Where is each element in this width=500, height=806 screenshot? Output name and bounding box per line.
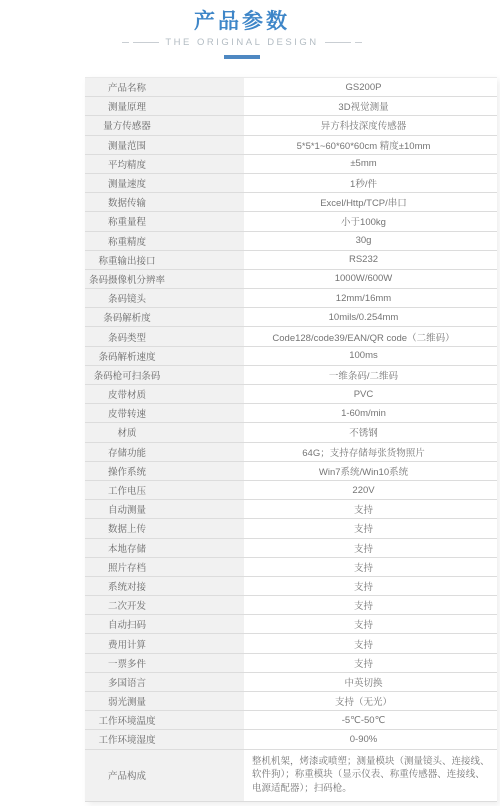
spec-label: 条码摄像机分辨率 <box>85 272 169 286</box>
spec-value: 支持（无光） <box>244 692 497 710</box>
spec-label-cell: 量方传感器 <box>85 116 244 134</box>
spec-label-cell: 皮带材质 <box>85 385 244 403</box>
spec-value: 支持 <box>244 596 497 614</box>
spec-label-cell: 自动测量 <box>85 500 244 518</box>
spec-label: 一票多件 <box>85 656 169 670</box>
spec-value: 支持 <box>244 634 497 652</box>
spec-label-cell: 工作电压 <box>85 481 244 499</box>
spec-label: 操作系统 <box>85 464 169 478</box>
spec-label-cell: 弱光测量 <box>85 692 244 710</box>
subtitle-right-line <box>325 42 351 43</box>
spec-value: Code128/code39/EAN/QR code（二维码） <box>244 327 497 345</box>
product-spec-page: 产品参数 THE ORIGINAL DESIGN 产品名称GS200P测量原理3… <box>0 0 500 806</box>
spec-label: 条码镜头 <box>85 291 169 305</box>
table-row: 条码枪可扫条码一维条码/二维码 <box>85 366 497 385</box>
table-row: 照片存档支持 <box>85 558 497 577</box>
spec-label: 测量原理 <box>85 99 169 113</box>
spec-value: 10mils/0.254mm <box>244 308 497 326</box>
spec-label: 系统对接 <box>85 579 169 593</box>
spec-label-cell: 产品构成 <box>85 750 244 802</box>
spec-label-cell: 皮带转速 <box>85 404 244 422</box>
spec-label-cell: 称重输出接口 <box>85 251 244 269</box>
spec-label-cell: 条码镜头 <box>85 289 244 307</box>
table-row: 条码解析度10mils/0.254mm <box>85 308 497 327</box>
spec-label: 本地存储 <box>85 541 169 555</box>
accent-bar <box>224 55 260 59</box>
spec-label-cell: 条码类型 <box>85 327 244 345</box>
spec-label-cell: 数据上传 <box>85 519 244 537</box>
table-row: 平均精度±5mm <box>85 155 497 174</box>
spec-label: 工作电压 <box>85 483 169 497</box>
table-row: 称重精度30g <box>85 232 497 251</box>
spec-label-cell: 称重量程 <box>85 212 244 230</box>
table-row: 自动测量支持 <box>85 500 497 519</box>
spec-label: 条码枪可扫条码 <box>85 368 169 382</box>
spec-label: 产品名称 <box>85 80 169 94</box>
spec-label: 称重输出接口 <box>85 253 169 267</box>
table-row: 费用计算支持 <box>85 634 497 653</box>
spec-value: 支持 <box>244 539 497 557</box>
spec-value: -5℃-50℃ <box>244 711 497 729</box>
spec-label: 测量速度 <box>85 176 169 190</box>
spec-label-cell: 平均精度 <box>85 155 244 173</box>
spec-label: 条码类型 <box>85 330 169 344</box>
spec-label: 产品构成 <box>85 768 169 782</box>
table-row: 一票多件支持 <box>85 654 497 673</box>
spec-value: GS200P <box>244 78 497 96</box>
table-row: 称重量程小于100kg <box>85 212 497 231</box>
spec-label-cell: 系统对接 <box>85 577 244 595</box>
spec-value: 支持 <box>244 654 497 672</box>
table-row: 弱光测量支持（无光） <box>85 692 497 711</box>
spec-label-cell: 条码解析度 <box>85 308 244 326</box>
spec-label: 材质 <box>85 425 169 439</box>
spec-label-cell: 测量范围 <box>85 136 244 154</box>
table-row: 条码摄像机分辨率1000W/600W <box>85 270 497 289</box>
subtitle-left-line <box>133 42 159 43</box>
table-row: 数据传输Excel/Http/TCP/串口 <box>85 193 497 212</box>
spec-value: 异方科技深度传感器 <box>244 116 497 134</box>
spec-label: 皮带材质 <box>85 387 169 401</box>
spec-label-cell: 自动扫码 <box>85 615 244 633</box>
table-row: 多国语言中英切换 <box>85 673 497 692</box>
spec-label: 自动测量 <box>85 502 169 516</box>
spec-value: RS232 <box>244 251 497 269</box>
subtitle-row: THE ORIGINAL DESIGN <box>0 37 484 48</box>
table-row: 测量原理3D视觉测量 <box>85 97 497 116</box>
table-row: 工作环境湿度0-90% <box>85 730 497 749</box>
spec-value: 64G；支持存储每张货物照片 <box>244 443 497 461</box>
table-row: 系统对接支持 <box>85 577 497 596</box>
spec-value: Win7系统/Win10系统 <box>244 462 497 480</box>
table-row: 工作电压220V <box>85 481 497 500</box>
table-row: 工作环境温度-5℃-50℃ <box>85 711 497 730</box>
spec-label-cell: 存储功能 <box>85 443 244 461</box>
spec-label: 称重量程 <box>85 214 169 228</box>
table-row: 量方传感器异方科技深度传感器 <box>85 116 497 135</box>
page-header: 产品参数 THE ORIGINAL DESIGN <box>0 9 484 59</box>
spec-value: 支持 <box>244 519 497 537</box>
spec-label: 工作环境湿度 <box>85 732 169 746</box>
spec-value: 支持 <box>244 577 497 595</box>
table-row: 产品名称GS200P <box>85 78 497 97</box>
spec-label-cell: 条码摄像机分辨率 <box>85 270 244 288</box>
spec-label-cell: 多国语言 <box>85 673 244 691</box>
spec-value: 支持 <box>244 558 497 576</box>
spec-value: 30g <box>244 232 497 250</box>
spec-label-cell: 条码解析速度 <box>85 347 244 365</box>
spec-value: 100ms <box>244 347 497 365</box>
table-row: 本地存储支持 <box>85 539 497 558</box>
spec-value: 0-90% <box>244 730 497 748</box>
spec-label: 量方传感器 <box>85 118 169 132</box>
table-row: 产品构成整机机架，烤漆或喷塑；测量模块（测量镜头、连接线、软件狗）；称重模块（显… <box>85 750 497 803</box>
spec-label: 条码解析度 <box>85 310 169 324</box>
spec-label-cell: 二次开发 <box>85 596 244 614</box>
table-row: 条码解析速度100ms <box>85 347 497 366</box>
spec-label-cell: 工作环境湿度 <box>85 730 244 748</box>
table-row: 称重输出接口RS232 <box>85 251 497 270</box>
spec-label: 自动扫码 <box>85 617 169 631</box>
table-row: 二次开发支持 <box>85 596 497 615</box>
spec-value: 1秒/件 <box>244 174 497 192</box>
spec-label: 弱光测量 <box>85 694 169 708</box>
spec-value: 5*5*1~60*60*60cm 精度±10mm <box>244 136 497 154</box>
spec-label-cell: 称重精度 <box>85 232 244 250</box>
subtitle-right-dash <box>355 42 362 43</box>
spec-label-cell: 条码枪可扫条码 <box>85 366 244 384</box>
spec-value: 220V <box>244 481 497 499</box>
table-row: 材质不锈钢 <box>85 423 497 442</box>
table-row: 测量速度1秒/件 <box>85 174 497 193</box>
spec-value: 整机机架，烤漆或喷塑；测量模块（测量镜头、连接线、软件狗）；称重模块（显示仪表、… <box>244 750 497 802</box>
table-row: 条码类型Code128/code39/EAN/QR code（二维码） <box>85 327 497 346</box>
spec-value: 小于100kg <box>244 212 497 230</box>
spec-label-cell: 照片存档 <box>85 558 244 576</box>
spec-label: 费用计算 <box>85 637 169 651</box>
spec-value: 中英切换 <box>244 673 497 691</box>
table-row: 皮带转速1-60m/min <box>85 404 497 423</box>
page-title: 产品参数 <box>0 9 484 35</box>
page-subtitle: THE ORIGINAL DESIGN <box>165 37 318 48</box>
spec-label: 称重精度 <box>85 234 169 248</box>
spec-label-cell: 测量原理 <box>85 97 244 115</box>
spec-value: 支持 <box>244 500 497 518</box>
spec-label: 数据传输 <box>85 195 169 209</box>
spec-label: 工作环境温度 <box>85 713 169 727</box>
spec-label-cell: 产品名称 <box>85 78 244 96</box>
spec-label: 存储功能 <box>85 445 169 459</box>
table-row: 条码镜头12mm/16mm <box>85 289 497 308</box>
spec-label-cell: 材质 <box>85 423 244 441</box>
spec-label-cell: 本地存储 <box>85 539 244 557</box>
spec-value: ±5mm <box>244 155 497 173</box>
spec-value: 12mm/16mm <box>244 289 497 307</box>
table-row: 存储功能64G；支持存储每张货物照片 <box>85 443 497 462</box>
table-row: 皮带材质PVC <box>85 385 497 404</box>
spec-value: PVC <box>244 385 497 403</box>
spec-value: 支持 <box>244 615 497 633</box>
spec-value: 1-60m/min <box>244 404 497 422</box>
table-row: 测量范围5*5*1~60*60*60cm 精度±10mm <box>85 136 497 155</box>
spec-label: 二次开发 <box>85 598 169 612</box>
spec-value: Excel/Http/TCP/串口 <box>244 193 497 211</box>
spec-label: 平均精度 <box>85 157 169 171</box>
spec-label: 多国语言 <box>85 675 169 689</box>
spec-label-cell: 数据传输 <box>85 193 244 211</box>
spec-label-cell: 费用计算 <box>85 634 244 652</box>
spec-label: 条码解析速度 <box>85 349 169 363</box>
spec-label: 数据上传 <box>85 521 169 535</box>
spec-label: 照片存档 <box>85 560 169 574</box>
spec-value: 1000W/600W <box>244 270 497 288</box>
spec-label: 皮带转速 <box>85 406 169 420</box>
spec-table: 产品名称GS200P测量原理3D视觉测量量方传感器异方科技深度传感器测量范围5*… <box>85 77 497 802</box>
table-row: 操作系统Win7系统/Win10系统 <box>85 462 497 481</box>
spec-label: 测量范围 <box>85 138 169 152</box>
subtitle-left-dash <box>122 42 129 43</box>
spec-label-cell: 工作环境温度 <box>85 711 244 729</box>
table-row: 自动扫码支持 <box>85 615 497 634</box>
spec-label-cell: 一票多件 <box>85 654 244 672</box>
spec-value: 3D视觉测量 <box>244 97 497 115</box>
spec-label-cell: 操作系统 <box>85 462 244 480</box>
table-row: 数据上传支持 <box>85 519 497 538</box>
spec-value: 不锈钢 <box>244 423 497 441</box>
spec-value: 一维条码/二维码 <box>244 366 497 384</box>
spec-label-cell: 测量速度 <box>85 174 244 192</box>
